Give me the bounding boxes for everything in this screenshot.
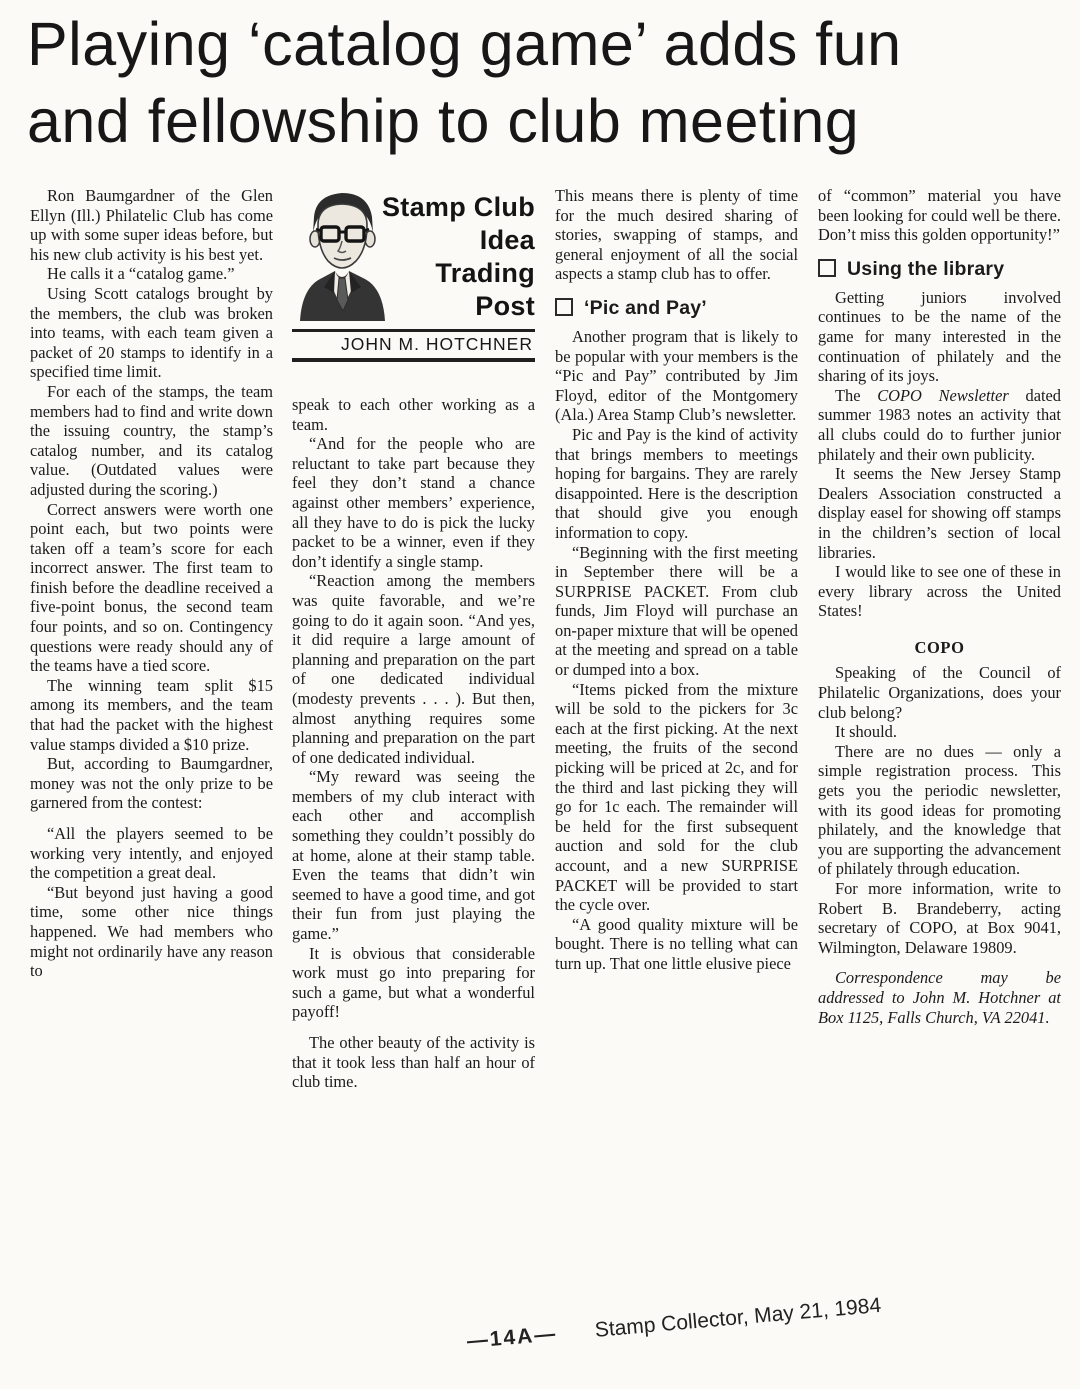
- article-paragraph: Pic and Pay is the kind of activity that…: [555, 425, 798, 543]
- article-column-4: of “common” material you have been looki…: [818, 186, 1061, 1226]
- paragraph-text: The: [835, 386, 877, 405]
- page-number-label: —14A—: [466, 1322, 558, 1354]
- section-header: ‘Pic and Pay’: [555, 297, 798, 319]
- article-paragraph: “My reward was seeing the members of my …: [292, 767, 535, 943]
- sub-section-header: COPO: [818, 638, 1061, 658]
- masthead-rule-thick: [292, 358, 535, 362]
- headline-line-2: and fellowship to club meeting: [27, 83, 1047, 160]
- italicized-phrase: COPO Newsletter: [877, 386, 1009, 405]
- publication-footer: —14A— Stamp Collector, May 21, 1984: [466, 1294, 882, 1354]
- masthead-title-line: Post: [382, 290, 535, 323]
- article-paragraph: Correspondence may be addressed to John …: [818, 968, 1061, 1027]
- article-paragraph: There are no dues — only a simple regist…: [818, 742, 1061, 879]
- article-paragraph: “But beyond just having a good time, som…: [30, 883, 273, 981]
- masthead-title: Stamp Club Idea Trading Post: [382, 191, 535, 323]
- article-paragraph: The other beauty of the activity is that…: [292, 1033, 535, 1092]
- article-paragraph: speak to each other working as a team.: [292, 395, 535, 434]
- columnist-portrait-photo: [294, 187, 391, 321]
- article-paragraph: Getting juniors involved continues to be…: [818, 288, 1061, 386]
- checkbox-square-icon: [555, 298, 573, 316]
- article-paragraph: Speaking of the Council of Philatelic Or…: [818, 663, 1061, 722]
- checkbox-square-icon: [818, 259, 836, 277]
- article-paragraph: He calls it a “catalog game.”: [30, 264, 273, 284]
- article-column-2: Stamp Club Idea Trading Post JOHN M. HOT…: [292, 186, 535, 1226]
- newspaper-clipping: Playing ‘catalog game’ adds fun and fell…: [0, 0, 1080, 1389]
- section-header: Using the library: [818, 258, 1061, 280]
- publication-source-date: Stamp Collector, May 21, 1984: [594, 1294, 882, 1343]
- section-header-label: ‘Pic and Pay’: [584, 297, 707, 319]
- article-paragraph: It seems the New Jersey Stamp Dealers As…: [818, 464, 1061, 562]
- article-paragraph: For each of the stamps, the team members…: [30, 382, 273, 500]
- article-paragraph: “All the players seemed to be working ve…: [30, 824, 273, 883]
- article-paragraph: “Items picked from the mixture will be s…: [555, 680, 798, 915]
- article-column-1: Ron Baumgardner of the Glen Ellyn (Ill.)…: [30, 186, 273, 1226]
- article-paragraph: “Beginning with the first meeting in Sep…: [555, 543, 798, 680]
- section-header-label: Using the library: [847, 258, 1004, 280]
- article-paragraph: It is obvious that considerable work mus…: [292, 944, 535, 1022]
- article-column-3: This means there is plenty of time for t…: [555, 186, 798, 1226]
- column-masthead: Stamp Club Idea Trading Post JOHN M. HOT…: [292, 186, 535, 363]
- masthead-title-line: Trading: [382, 257, 535, 290]
- article-paragraph: I would like to see one of these in ever…: [818, 562, 1061, 621]
- article-paragraph: of “common” material you have been looki…: [818, 186, 1061, 245]
- article-paragraph: “A good quality mixture will be bought. …: [555, 915, 798, 974]
- masthead-rule-thin: [292, 329, 535, 332]
- article-paragraph: For more information, write to Robert B.…: [818, 879, 1061, 957]
- article-paragraph: Ron Baumgardner of the Glen Ellyn (Ill.)…: [30, 186, 273, 264]
- masthead-title-line: Stamp Club: [382, 191, 535, 224]
- article-paragraph: “Reaction among the members was quite fa…: [292, 571, 535, 767]
- article-paragraph: But, according to Baumgardner, money was…: [30, 754, 273, 813]
- article-paragraph: Using Scott catalogs brought by the memb…: [30, 284, 273, 382]
- article-paragraph: Correct answers were worth one point eac…: [30, 500, 273, 676]
- masthead-title-line: Idea: [382, 224, 535, 257]
- columnist-byline: JOHN M. HOTCHNER: [341, 335, 533, 355]
- article-paragraph: This means there is plenty of time for t…: [555, 186, 798, 284]
- headline-line-1: Playing ‘catalog game’ adds fun: [27, 6, 1047, 83]
- article-headline: Playing ‘catalog game’ adds fun and fell…: [27, 6, 1047, 160]
- article-paragraph: The COPO Newsletter dated summer 1983 no…: [818, 386, 1061, 464]
- article-paragraph: “And for the people who are reluctant to…: [292, 434, 535, 571]
- article-paragraph: The winning team split $15 among its mem…: [30, 676, 273, 754]
- article-paragraph: It should.: [818, 722, 1061, 742]
- article-paragraph: Another program that is likely to be pop…: [555, 327, 798, 425]
